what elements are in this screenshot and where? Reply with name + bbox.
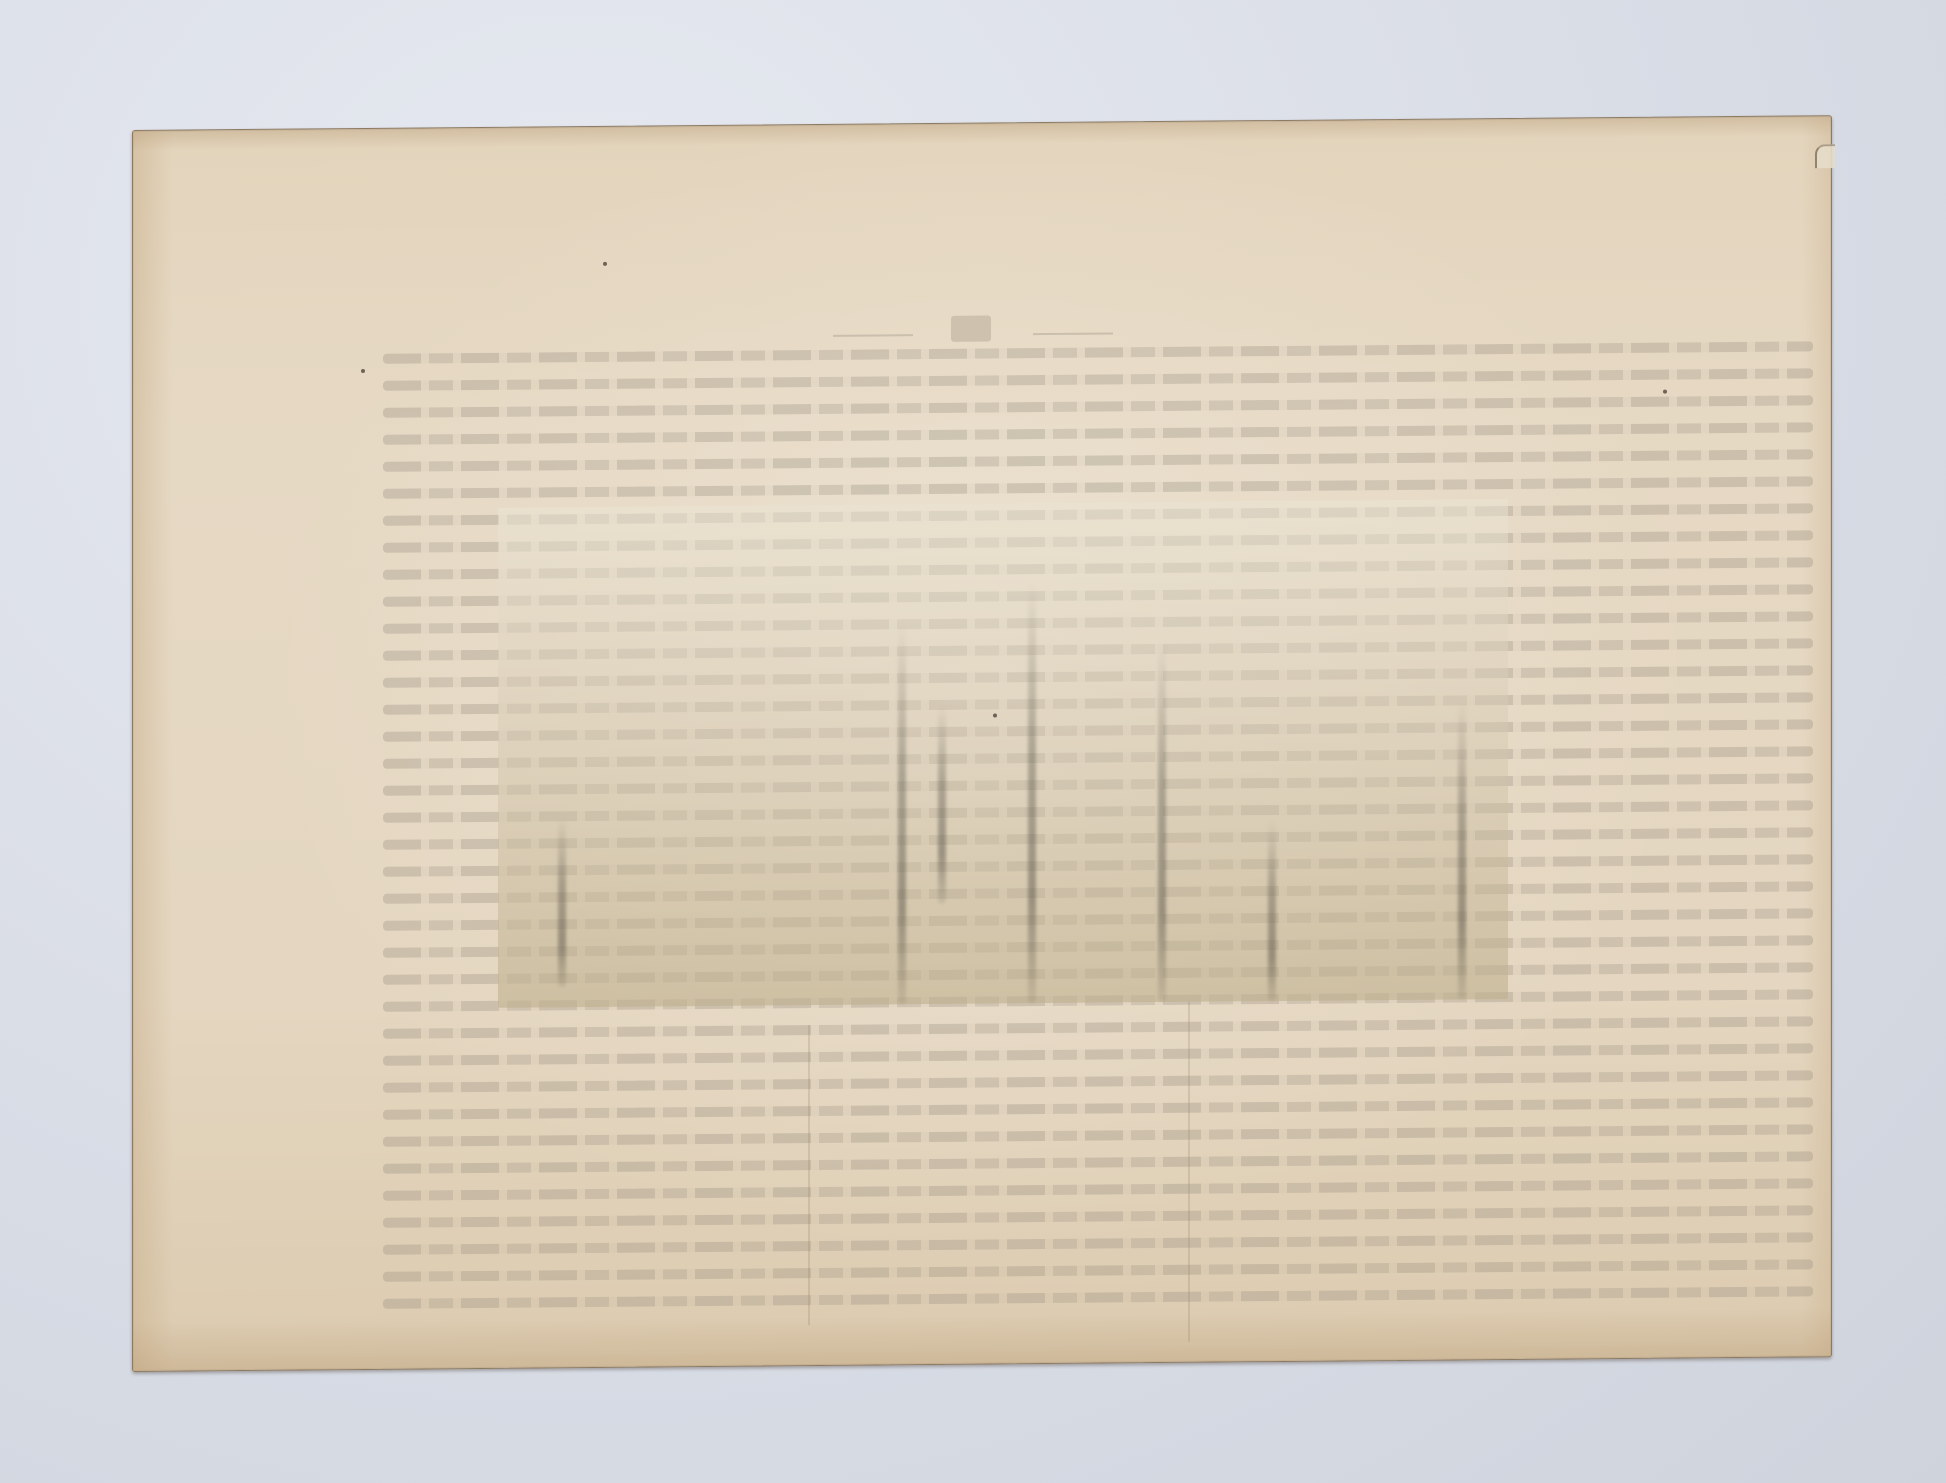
text-line: [383, 449, 1813, 471]
streak: [1458, 699, 1466, 999]
text-line: [383, 395, 1813, 417]
streak: [558, 817, 566, 987]
streak: [1268, 821, 1276, 1001]
text-line: [383, 1016, 1813, 1038]
text-line: [383, 1286, 1813, 1308]
streak: [898, 624, 906, 1004]
bent-corner: [1815, 144, 1835, 168]
streak: [938, 704, 946, 904]
text-line: [383, 1043, 1813, 1065]
speck: [1663, 390, 1667, 394]
paper-sheet: [132, 115, 1832, 1372]
text-line: [383, 1232, 1813, 1254]
header-rule-right: [1033, 332, 1113, 335]
text-line: [383, 1070, 1813, 1092]
speck: [361, 369, 365, 373]
speck: [603, 262, 607, 266]
text-line: [383, 341, 1813, 363]
crease: [808, 1025, 810, 1325]
crease: [1188, 1002, 1190, 1342]
streak: [1028, 583, 1036, 1003]
text-line: [383, 422, 1813, 444]
text-line: [383, 476, 1813, 498]
speck: [993, 713, 997, 717]
text-line: [383, 1151, 1813, 1173]
header-rule-left: [833, 334, 913, 337]
page-number-show-through: [951, 316, 991, 342]
text-line: [383, 1205, 1813, 1227]
text-line: [383, 1124, 1813, 1146]
text-line: [383, 1178, 1813, 1200]
text-line: [383, 1259, 1813, 1281]
show-through-illustration: [498, 499, 1508, 1008]
text-line: [383, 368, 1813, 390]
text-line: [383, 1097, 1813, 1119]
streak: [1158, 642, 1166, 1002]
